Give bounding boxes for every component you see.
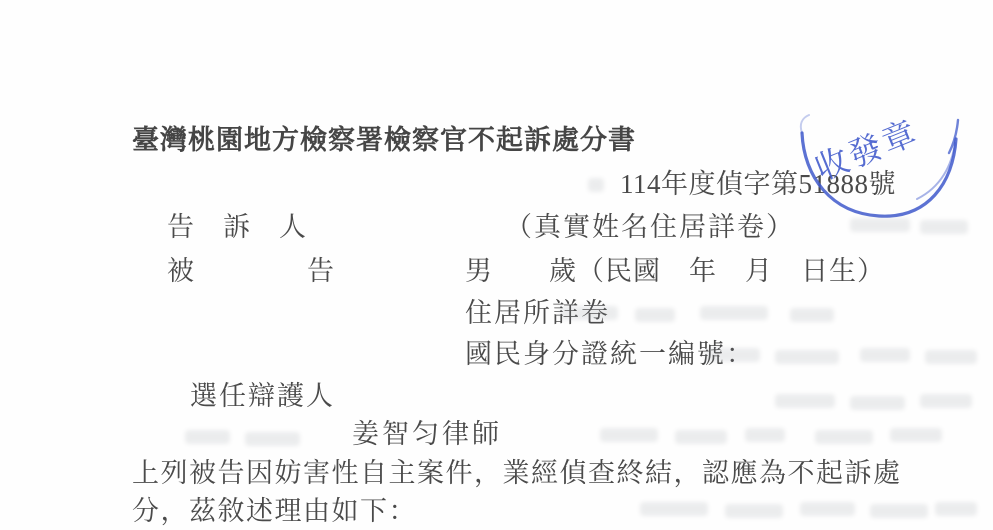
bleed-smudge [705,348,760,362]
bleed-smudge [920,220,968,234]
defendant-role-label: 被 告 [167,255,335,287]
bleed-smudge [920,394,972,408]
bleed-smudge [700,306,768,320]
defendant-info: 男 歲（民國 年 月 日生） [465,255,885,287]
bleed-smudge [935,502,977,516]
bleed-smudge [640,502,708,516]
bleed-smudge [600,428,658,442]
bleed-smudge [588,178,604,192]
bleed-smudge [635,308,675,322]
document-title: 臺灣桃園地方檢察署檢察官不起訴處分書 [132,124,636,156]
bleed-smudge [800,502,855,516]
bleed-smudge [870,504,928,518]
case-number: 114年度偵字第51888號 [620,168,896,200]
bleed-smudge [775,350,839,364]
defense-counsel-name: 姜智匀律師 [352,418,502,450]
bleed-smudge [890,428,942,442]
bleed-smudge [675,430,727,444]
bleed-smudge [850,218,910,232]
bleed-smudge [725,504,783,518]
complainant-redaction-note: （真實姓名住居詳卷） [505,211,795,243]
bleed-smudge [860,348,910,362]
bleed-smudge [925,350,977,364]
body-text-line-1: 上列被告因妨害性自主案件，業經偵查終結，認應為不起訴處 [132,457,902,489]
bleed-smudge [790,308,834,322]
bleed-smudge [560,306,618,320]
bleed-smudge [815,430,873,444]
bleed-smudge [850,396,905,410]
bleed-smudge [775,394,835,408]
complainant-role-label: 告 訴 人 [167,211,307,243]
bleed-smudge [245,432,300,446]
defense-counsel-role-label: 選任辯護人 [190,380,335,412]
scanned-legal-document: 臺灣桃園地方檢察署檢察官不起訴處分書 114年度偵字第51888號 告 訴 人 … [0,0,993,530]
body-text-line-2: 分，茲敘述理由如下： [132,495,417,527]
bleed-smudge [185,430,230,444]
bleed-smudge [745,428,785,442]
